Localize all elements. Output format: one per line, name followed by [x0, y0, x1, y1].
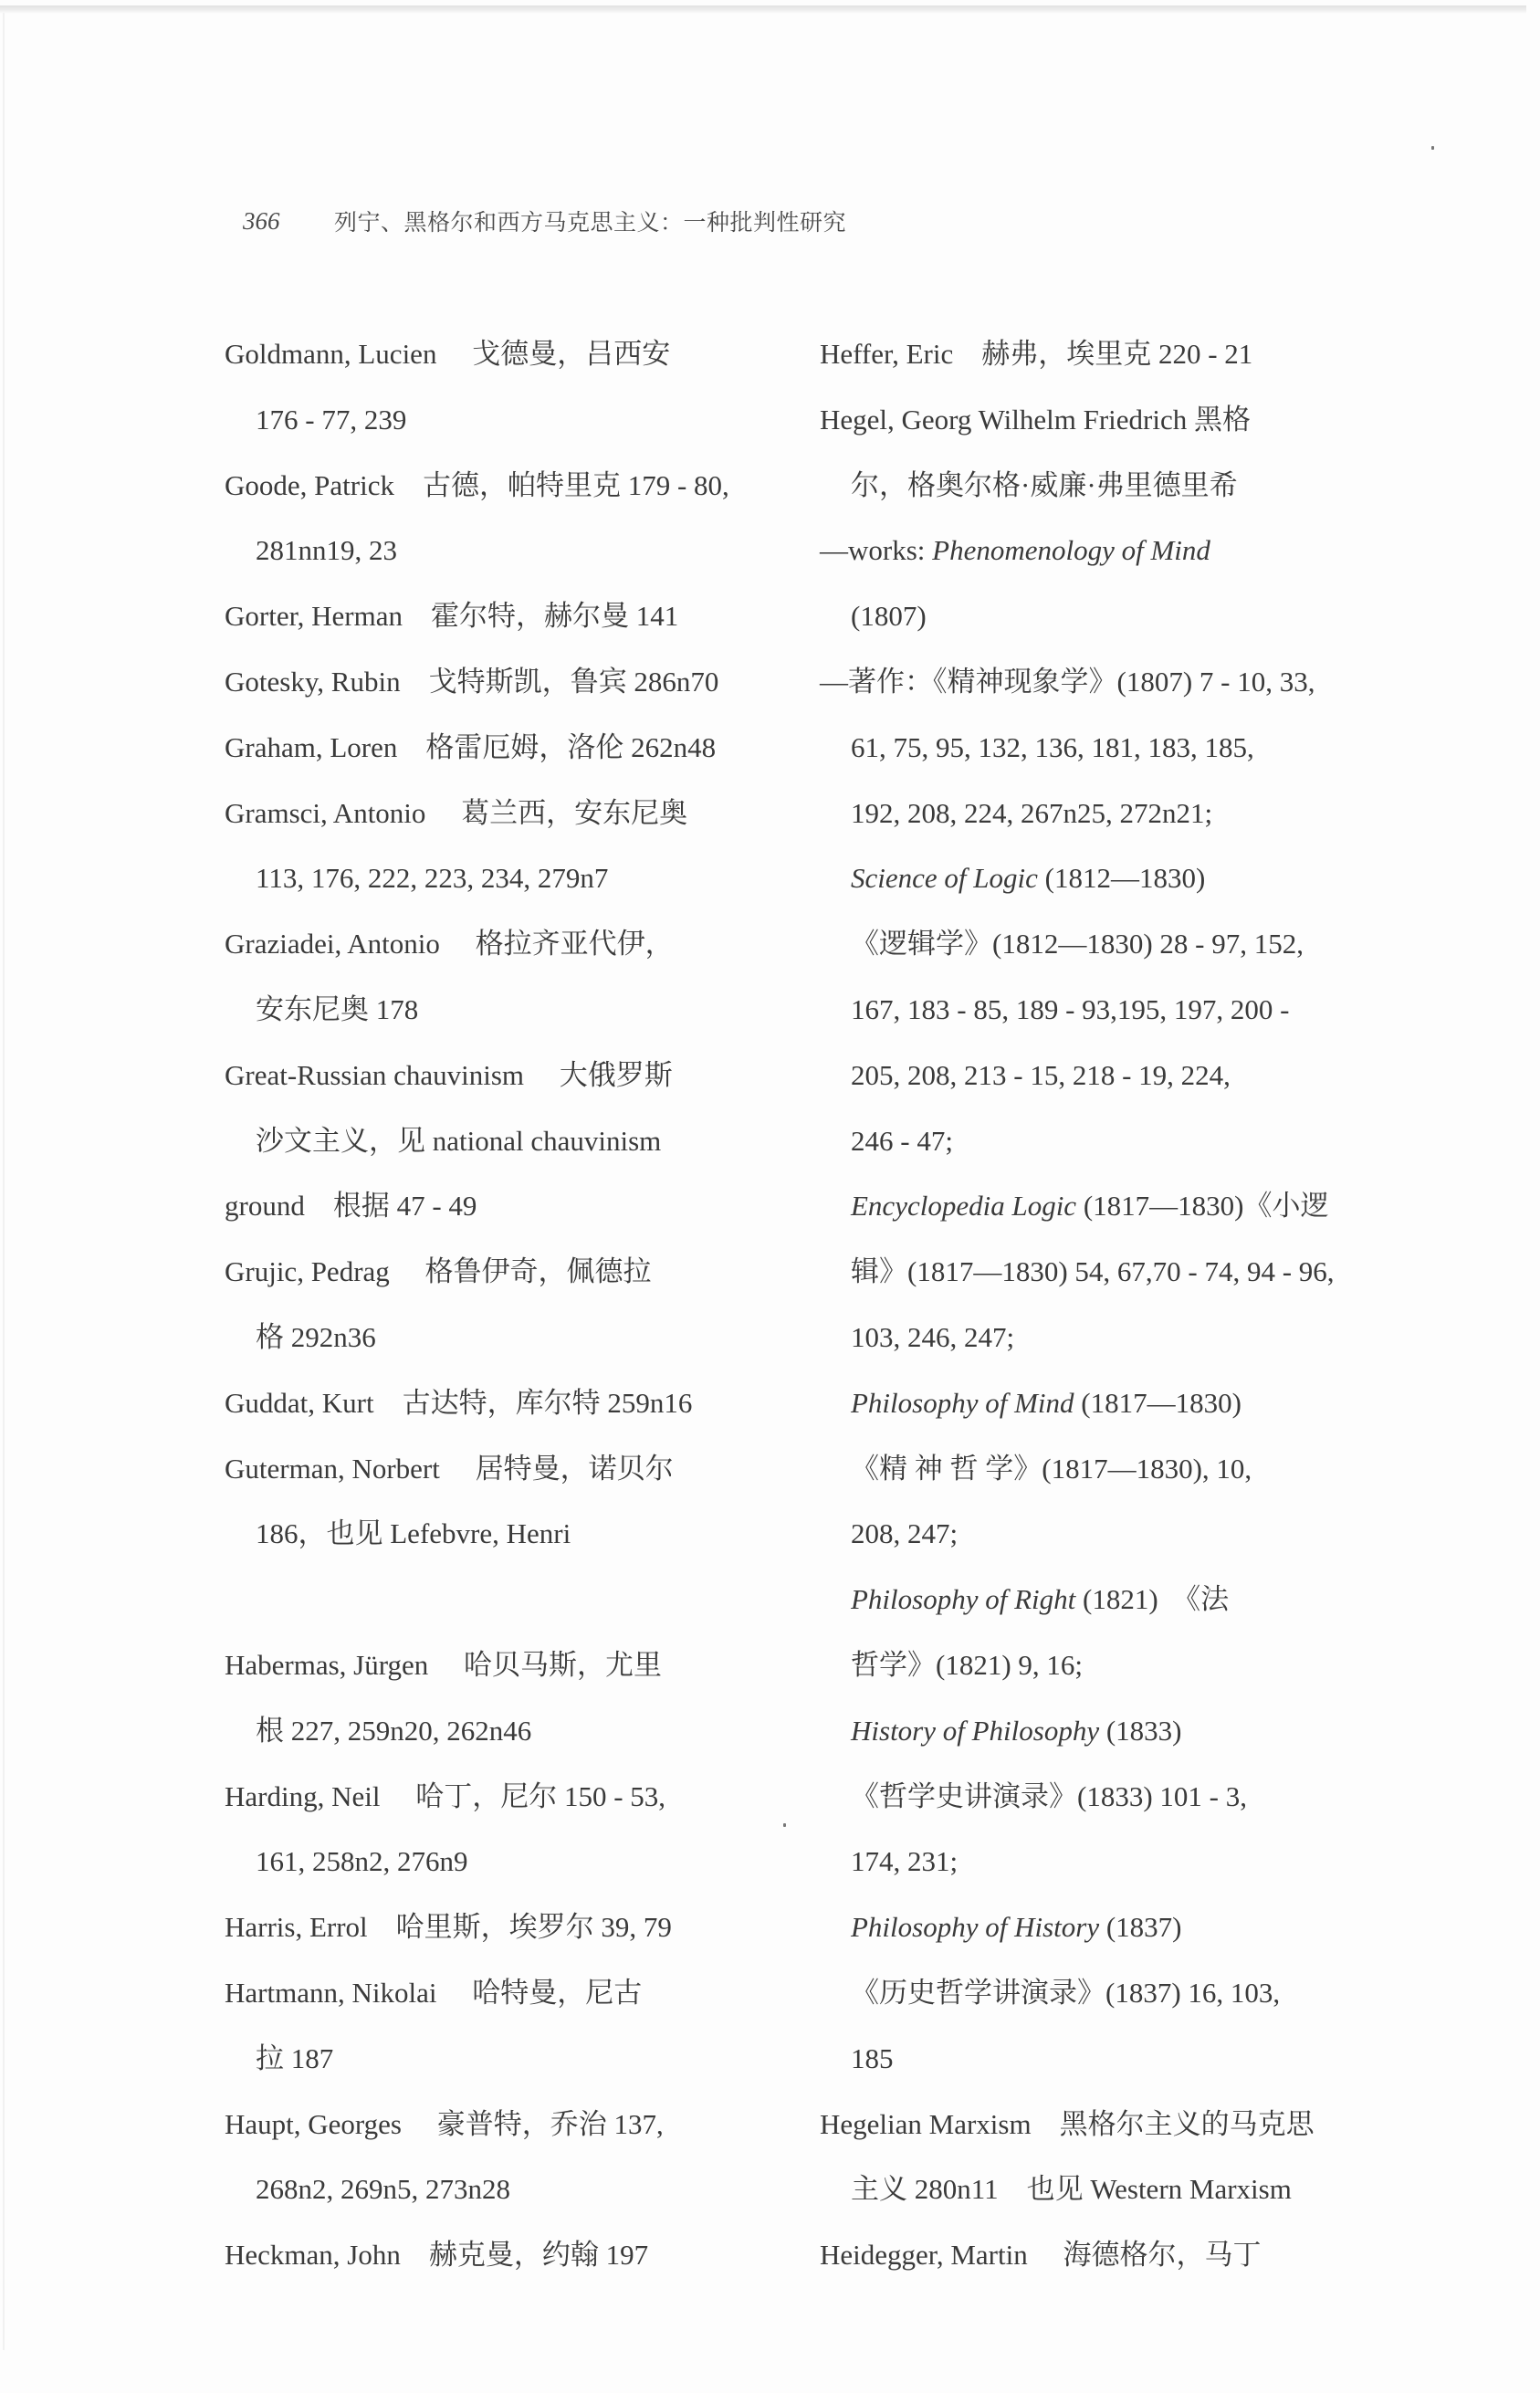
- index-entry-continuation: 113, 176, 222, 223, 234, 279n7: [256, 860, 608, 897]
- index-entry-continuation: Philosophy of Right (1821) 《法: [851, 1581, 1229, 1618]
- index-entry: Graziadei, Antonio 格拉齐亚代伊，: [225, 926, 674, 962]
- index-entry-continuation: 安东尼奥 178: [256, 992, 418, 1028]
- entry-suffix: (1833): [1099, 1715, 1181, 1747]
- index-entry-continuation: 沙文主义，见 national chauvinism: [256, 1123, 661, 1160]
- entry-suffix: (1817—1830): [1074, 1387, 1241, 1419]
- index-entry: Gotesky, Rubin 戈特斯凯，鲁宾 286n70: [225, 664, 718, 700]
- index-entry-continuation: 《逻辑学》(1812—1830) 28 - 97, 152,: [851, 926, 1304, 962]
- index-entry-continuation: 167, 183 - 85, 189 - 93,195, 197, 200 -: [851, 992, 1289, 1028]
- index-entry-continuation: 主义 280n11 也见 Western Marxism: [851, 2171, 1292, 2208]
- book-title: 列宁、黑格尔和西方马克思主义：一种批判性研究: [334, 205, 846, 237]
- entry-suffix: (1812—1830): [1038, 862, 1205, 894]
- index-entry: —works: Phenomenology of Mind: [820, 532, 1210, 569]
- index-entry-continuation: 192, 208, 224, 267n25, 272n21;: [851, 795, 1212, 832]
- index-entry-continuation: 161, 258n2, 276n9: [256, 1843, 468, 1880]
- index-entry-continuation: 174, 231;: [851, 1843, 958, 1880]
- index-entry: Habermas, Jürgen 哈贝马斯，尤里: [225, 1647, 662, 1684]
- index-entry: Heckman, John 赫克曼，约翰 197: [225, 2237, 648, 2273]
- index-entry: Grujic, Pedrag 格鲁伊奇，佩德拉: [225, 1254, 652, 1290]
- index-entry-continuation: Philosophy of History (1837): [851, 1909, 1182, 1946]
- index-entry-continuation: 尔，格奥尔格·威廉·弗里德里希: [851, 467, 1238, 504]
- index-entry: Heffer, Eric 赫弗，埃里克 220 - 21: [820, 336, 1252, 373]
- index-entry: Harris, Errol 哈里斯，埃罗尔 39, 79: [225, 1909, 672, 1946]
- index-entry-continuation: History of Philosophy (1833): [851, 1713, 1182, 1749]
- index-entry-continuation: 268n2, 269n5, 273n28: [256, 2171, 510, 2208]
- index-entry-continuation: 《历史哲学讲演录》(1837) 16, 103,: [851, 1975, 1280, 2011]
- index-entry-continuation: 281nn19, 23: [256, 532, 397, 569]
- index-entry-continuation: 205, 208, 213 - 15, 218 - 19, 224,: [851, 1057, 1231, 1094]
- index-entry-continuation: 哲学》(1821) 9, 16;: [851, 1647, 1083, 1684]
- page-left-edge: [3, 13, 5, 2350]
- index-entry: Harding, Neil 哈丁，尼尔 150 - 53,: [225, 1779, 665, 1815]
- work-title: Philosophy of Right: [851, 1583, 1075, 1615]
- work-title: Science of Logic: [851, 862, 1038, 894]
- work-title: Encyclopedia Logic: [851, 1190, 1076, 1222]
- index-entry-continuation: 208, 247;: [851, 1516, 958, 1552]
- index-entry: ground 根据 47 - 49: [225, 1188, 477, 1224]
- scan-speck: [1431, 146, 1434, 150]
- entry-suffix: (1821) 《法: [1075, 1583, 1229, 1615]
- index-entry-continuation: Science of Logic (1812—1830): [851, 860, 1205, 897]
- entry-suffix: (1837): [1099, 1911, 1181, 1943]
- work-title: Philosophy of Mind: [851, 1387, 1074, 1419]
- index-entry: —著作：《精神现象学》(1807) 7 - 10, 33,: [820, 664, 1315, 700]
- index-entry: Great-Russian chauvinism 大俄罗斯: [225, 1057, 673, 1094]
- work-title: Phenomenology of Mind: [932, 534, 1210, 566]
- index-entry: Goode, Patrick 古德，帕特里克 179 - 80,: [225, 467, 729, 504]
- index-entry-continuation: 61, 75, 95, 132, 136, 181, 183, 185,: [851, 729, 1254, 766]
- index-entry-continuation: 185: [851, 2041, 894, 2077]
- work-title: Philosophy of History: [851, 1911, 1099, 1943]
- running-head: 366 列宁、黑格尔和西方马克思主义：一种批判性研究: [243, 203, 846, 239]
- index-entry: Gorter, Herman 霍尔特，赫尔曼 141: [225, 598, 678, 635]
- index-entry-continuation: 《哲学史讲演录》(1833) 101 - 3,: [851, 1779, 1247, 1815]
- entry-suffix: (1817—1830)《小逻: [1076, 1190, 1328, 1222]
- index-entry-continuation: 辑》(1817—1830) 54, 67,70 - 74, 94 - 96,: [851, 1254, 1335, 1290]
- work-title: History of Philosophy: [851, 1715, 1099, 1747]
- index-entry-continuation: (1807): [851, 598, 927, 635]
- index-entry-continuation: 103, 246, 247;: [851, 1319, 1014, 1356]
- index-entry: Hegelian Marxism 黑格尔主义的马克思: [820, 2106, 1315, 2143]
- page-top-edge-shadow: [0, 5, 1526, 14]
- index-entry: Goldmann, Lucien 戈德曼，吕西安: [225, 336, 670, 373]
- index-entry-continuation: 246 - 47;: [851, 1123, 953, 1160]
- index-entry-continuation: Philosophy of Mind (1817—1830): [851, 1385, 1241, 1422]
- index-entry-continuation: 《精 神 哲 学》(1817—1830), 10,: [851, 1451, 1252, 1487]
- index-entry: Hegel, Georg Wilhelm Friedrich 黑格: [820, 402, 1251, 438]
- index-entry-continuation: 拉 187: [256, 2041, 333, 2077]
- index-entry-continuation: 186，也见 Lefebvre, Henri: [256, 1516, 571, 1552]
- index-entry: Guddat, Kurt 古达特，库尔特 259n16: [225, 1385, 692, 1422]
- index-entry-continuation: 根 227, 259n20, 262n46: [256, 1713, 531, 1749]
- index-entry: Graham, Loren 格雷厄姆，洛伦 262n48: [225, 729, 716, 766]
- page-number: 366: [243, 207, 334, 236]
- index-entry: Gramsci, Antonio 葛兰西，安东尼奥: [225, 795, 687, 832]
- index-entry: Hartmann, Nikolai 哈特曼，尼古: [225, 1975, 642, 2011]
- index-entry: Haupt, Georges 豪普特，乔治 137,: [225, 2106, 664, 2143]
- scan-speck: [783, 1823, 786, 1827]
- index-entry-continuation: 176 - 77, 239: [256, 402, 406, 438]
- index-entry-continuation: Encyclopedia Logic (1817—1830)《小逻: [851, 1188, 1328, 1224]
- index-entry-continuation: 格 292n36: [256, 1319, 376, 1356]
- entry-prefix: —works:: [820, 534, 932, 566]
- index-entry: Heidegger, Martin 海德格尔，马丁: [820, 2237, 1261, 2273]
- index-entry: Guterman, Norbert 居特曼，诺贝尔: [225, 1451, 674, 1487]
